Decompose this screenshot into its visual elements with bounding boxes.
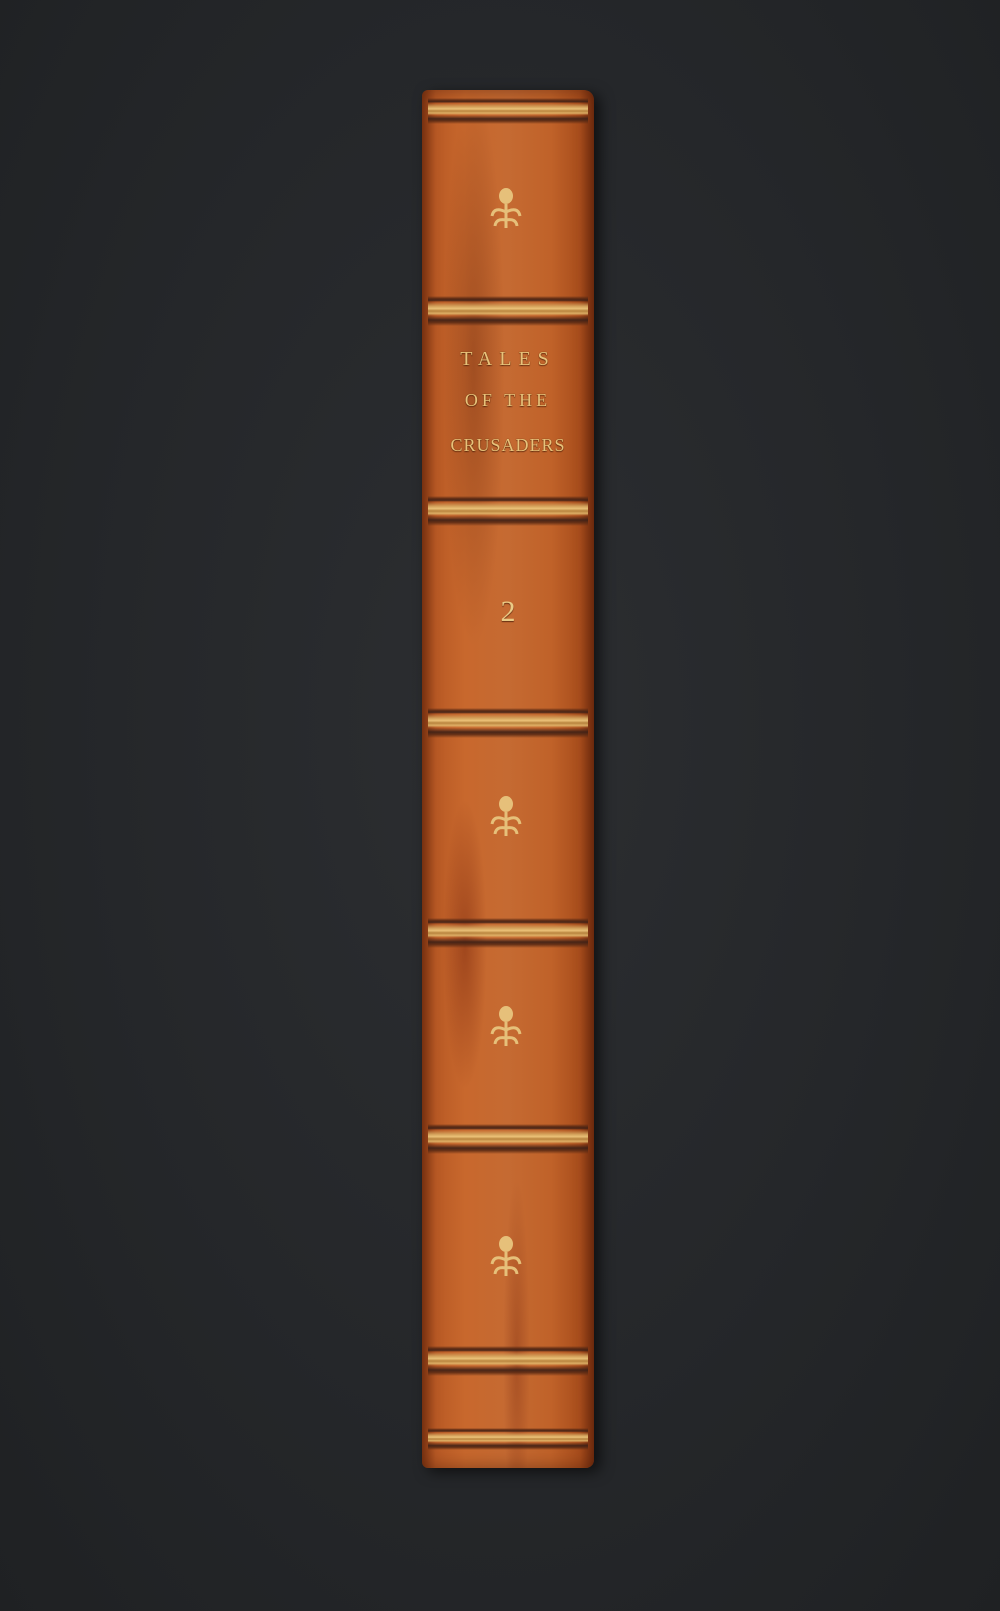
volume-number: 2 (422, 595, 594, 629)
gilt-band-3 (428, 708, 588, 738)
book-spine: TALES OF THE CRUSADERS 2 (422, 90, 594, 1468)
gilt-band-2 (428, 496, 588, 526)
gilt-band-5 (428, 1124, 588, 1154)
title-line-1: TALES (422, 348, 594, 371)
gilt-band-top (428, 98, 588, 124)
title-line-3: CRUSADERS (422, 435, 594, 456)
title-line-2: OF THE (422, 390, 594, 411)
gilt-band-6 (428, 1346, 588, 1376)
thistle-ornament-icon (486, 182, 526, 232)
thistle-ornament-icon (486, 1230, 526, 1280)
thistle-ornament-icon (486, 1000, 526, 1050)
gilt-band-1 (428, 296, 588, 326)
gilt-band-bottom (428, 1428, 588, 1450)
gilt-band-4 (428, 918, 588, 948)
thistle-ornament-icon (486, 790, 526, 840)
